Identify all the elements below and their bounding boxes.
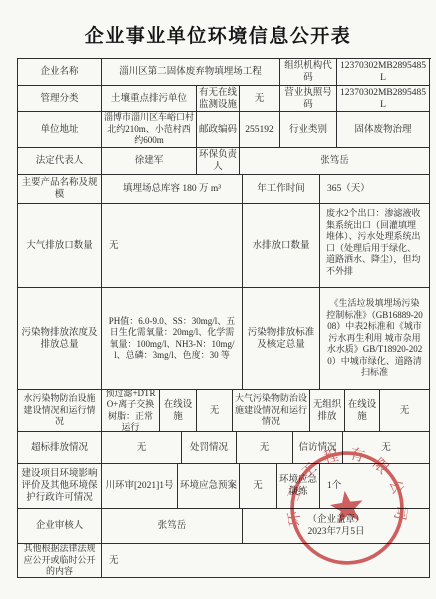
water-outlets-value: 废水2个出口：渗滤液收集系统出口（回灌填埋堆体）、污水处理系统出口（处理后用于绿… [320, 204, 430, 288]
industry-category-label: 行业类别 [280, 112, 337, 148]
management-category-value: 土壤重点排污单位 [102, 86, 197, 112]
postal-code-value: 255192 [240, 112, 280, 148]
air-outlets-value: 无 [102, 204, 243, 288]
water-online-facility-label: 在线设施 [160, 390, 197, 432]
online-monitoring-value: 无 [240, 86, 280, 112]
seal-date: 2023年7月5日 [307, 526, 364, 538]
penalty-label: 处罚情况 [182, 432, 237, 464]
table-row: 主要产品名称及规模 填埋场总库容 180 万 m³ 年工作时间 365（天） [18, 175, 431, 204]
discharge-concentration-value: PH值：6.0-9.0、SS：30mg/l、五日生化需氧量：20mg/l、化学需… [102, 288, 243, 390]
air-outlets-label: 大气排放口数量 [18, 204, 102, 288]
org-code-value: 12370302MB2895485L [337, 59, 430, 86]
main-product-value: 填埋场总库容 180 万 m³ [102, 175, 243, 204]
water-outlets-label: 水排放口数量 [243, 204, 320, 288]
emergency-plan-label: 环境应急预案 [178, 464, 240, 509]
table-row: 单位地址 淄博市淄川区车峪口村北约210m、小范村西约600m 邮政编码 255… [18, 112, 431, 148]
working-days-value: 365（天） [320, 175, 430, 204]
water-treatment-facility-value: 预过滤+DTRO+离子交换树脂：正常运行 [102, 390, 160, 432]
water-treatment-facility-label: 水污染物防治设施建设情况和运行情况 [18, 390, 102, 432]
emergency-drill-label: 环境应急演练 [277, 464, 320, 509]
eia-permit-value: 川环审[2021]1号 [102, 464, 178, 509]
env-officer-value: 张笃岳 [240, 148, 430, 175]
company-name-value: 淄川区第二固体废弃物填埋场工程 [102, 59, 280, 86]
table-row: 企业名称 淄川区第二固体废弃物填埋场工程 组织机构代码 12370302MB28… [18, 59, 431, 86]
industry-category-value: 固体废物治理 [337, 112, 430, 148]
main-product-label: 主要产品名称及规模 [18, 175, 102, 204]
air-treatment-facility-label: 大气污染物防治设施建设情况和运行情况 [233, 390, 310, 432]
emergency-drill-value: 1个 [320, 464, 430, 509]
table-row: 其他根据法律法规应公开或临时公开的内容 无 [18, 544, 431, 578]
env-officer-label: 环保负责人 [197, 148, 240, 175]
table-row: 法定代表人 徐建军 环保负责人 张笃岳 [18, 148, 431, 175]
page-title: 企业事业单位环境信息公开表 [0, 21, 436, 48]
company-auditor-label: 企业审核人 [18, 509, 102, 544]
org-code-label: 组织机构代码 [280, 59, 337, 86]
address-label: 单位地址 [18, 112, 102, 148]
petition-label: 信访情况 [293, 432, 343, 464]
emergency-plan-value: 无 [240, 464, 277, 509]
table-row: 建设项目环境影响评价及其他环境保护行政许可情况 川环审[2021]1号 环境应急… [18, 464, 431, 509]
table-row: 水污染物防治设施建设情况和运行情况 预过滤+DTRO+离子交换树脂：正常运行 在… [18, 390, 431, 432]
penalty-value: 无 [237, 432, 293, 464]
other-disclosure-value: 无 [102, 544, 430, 578]
company-seal-cell: （企业盖章） 2023年7月5日 [243, 509, 430, 544]
table-row: 超标排放情况 无 处罚情况 无 信访情况 无 [18, 432, 431, 464]
address-value: 淄博市淄川区车峪口村北约210m、小范村西约600m [102, 112, 197, 148]
air-treatment-facility-value: 无组织排放 [310, 390, 345, 432]
discharge-concentration-label: 污染物排放浓度及排放总量 [18, 288, 102, 390]
water-online-facility-value: 无 [197, 390, 233, 432]
over-standard-discharge-label: 超标排放情况 [18, 432, 102, 464]
business-license-label: 营业执照号码 [280, 86, 337, 112]
table-row: 企业审核人 张笃岳 （企业盖章） 2023年7月5日 [18, 509, 431, 544]
company-auditor-value: 张笃岳 [102, 509, 243, 544]
online-monitoring-label: 有无在线监测设施 [197, 86, 240, 112]
air-online-facility-label: 在线设施 [345, 390, 380, 432]
business-license-value: 12370302MB2895485L [337, 86, 430, 112]
discharge-standard-value: 《生活垃圾填埋场污染控制标准》（GB16889-2008）中表2标准和《城市污水… [320, 288, 430, 390]
table-row: 大气排放口数量 无 水排放口数量 废水2个出口：渗滤液收集系统出口（回灌填埋堆体… [18, 204, 431, 288]
eia-permit-label: 建设项目环境影响评价及其他环境保护行政许可情况 [18, 464, 102, 509]
legal-rep-value: 徐建军 [102, 148, 197, 175]
air-online-facility-value: 无 [380, 390, 430, 432]
discharge-standard-label: 污染物排放标准及核定总量 [243, 288, 320, 390]
other-disclosure-label: 其他根据法律法规应公开或临时公开的内容 [18, 544, 102, 578]
table-row: 管理分类 土壤重点排污单位 有无在线监测设施 无 营业执照号码 12370302… [18, 86, 431, 112]
legal-rep-label: 法定代表人 [18, 148, 102, 175]
over-standard-discharge-value: 无 [102, 432, 182, 464]
management-category-label: 管理分类 [18, 86, 102, 112]
seal-caption: （企业盖章） [307, 514, 364, 526]
postal-code-label: 邮政编码 [197, 112, 240, 148]
working-days-label: 年工作时间 [243, 175, 320, 204]
company-name-label: 企业名称 [18, 59, 102, 86]
petition-value: 无 [343, 432, 430, 464]
disclosure-table: 企业名称 淄川区第二固体废弃物填埋场工程 组织机构代码 12370302MB28… [17, 58, 431, 578]
table-row: 污染物排放浓度及排放总量 PH值：6.0-9.0、SS：30mg/l、五日生化需… [18, 288, 431, 390]
